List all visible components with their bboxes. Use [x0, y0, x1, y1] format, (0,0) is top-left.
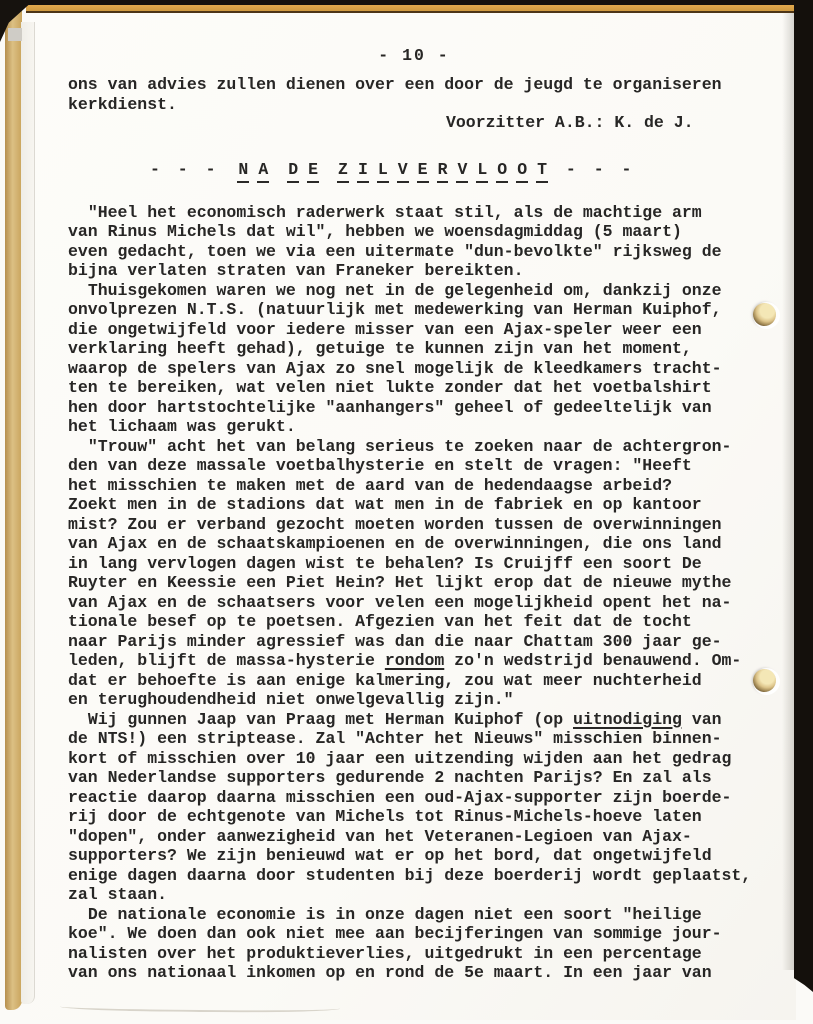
intro-paragraph: ons van advies zullen dienen over een do…: [68, 75, 760, 114]
text-line: Ruyter en Keessie een Piet Hein? Het lij…: [68, 573, 760, 593]
binding-right-edge: [794, 0, 813, 992]
text-line: in lang vervlogen dagen wist te behalen?…: [68, 554, 760, 574]
title-letters: NADEZILVERVLOOT: [233, 160, 552, 179]
text-line: koe". We doen dan ook niet mee aan becij…: [68, 924, 760, 944]
text-line: zal staan.: [68, 885, 760, 905]
text-line: ten te bereiken, wat velen niet lukte zo…: [68, 378, 760, 398]
text-line: hen door hartstochtelijke "aanhangers" g…: [68, 398, 760, 418]
text-line: Zoekt men in de stadions dat wat men in …: [68, 495, 760, 515]
page-number: - 10 -: [68, 46, 760, 66]
text-line: onvolprezen N.T.S. (natuurlijk met medew…: [68, 300, 760, 320]
text-line: Thuisgekomen waren we nog net in de gele…: [68, 281, 760, 301]
text-line: De nationale economie is in onze dagen n…: [68, 905, 760, 925]
title-prefix-dashes: - - -: [150, 160, 233, 179]
text-line: den van deze massale voetbalhysterie en …: [68, 456, 760, 476]
text-line: naar Parijs minder agressief was dan die…: [68, 632, 760, 652]
text-line: van Ajax en de schaatskampioenen en de o…: [68, 534, 760, 554]
chairman-signature: Voorzitter A.B.: K. de J.: [446, 113, 760, 133]
text-line: die ongetwijfeld voor iedere misser van …: [68, 320, 760, 340]
text-line: "Trouw" acht het van belang serieus te z…: [68, 437, 760, 457]
intro-line: ons van advies zullen dienen over een do…: [68, 75, 760, 95]
page-stack-edge: [21, 22, 35, 1004]
text-line: dat er behoefte is aan enige kalmering, …: [68, 671, 760, 691]
text-line: leden, blijft de massa-hysterie rondom z…: [68, 651, 760, 671]
paragraph: Wij gunnen Jaap van Praag met Herman Kui…: [68, 710, 760, 905]
paragraph: Thuisgekomen waren we nog net in de gele…: [68, 281, 760, 437]
text-line: enige dagen daarna door studenten bij de…: [68, 866, 760, 886]
text-line: even gedacht, toen we via een uitermate …: [68, 242, 760, 262]
text-line: van Rinus Michels dat wil", hebben we wo…: [68, 222, 760, 242]
text-line: nalisten over het produktieverlies, uitg…: [68, 944, 760, 964]
page-stack-notch: [8, 28, 22, 41]
text-line: kort of misschien over 10 jaar een uitze…: [68, 749, 760, 769]
title-suffix-dashes: - - -: [552, 160, 635, 179]
text-line: "Heel het economisch raderwerk staat sti…: [68, 203, 760, 223]
text-line: waarop de spelers van Ajax zo snel mogel…: [68, 359, 760, 379]
paragraph: "Trouw" acht het van belang serieus te z…: [68, 437, 760, 710]
text-line: bijna verlaten straten van Franeker bere…: [68, 261, 760, 281]
cover-left-edge: [5, 8, 22, 1010]
text-line: verklaring heeft gehad), getuige te kunn…: [68, 339, 760, 359]
binding-brad-icon: [753, 303, 776, 326]
text-line: van ons nationaal inkomen op en rond de …: [68, 963, 760, 983]
text-line: tionale besef op te poetsen. Afgezien va…: [68, 612, 760, 632]
page-edge-shadow: [782, 10, 794, 970]
article-title: - - - NADEZILVERVLOOT - - -: [150, 160, 760, 186]
body-text: "Heel het economisch raderwerk staat sti…: [68, 203, 760, 983]
paragraph: "Heel het economisch raderwerk staat sti…: [68, 203, 760, 281]
text-line: het misschien te maken met de aard van d…: [68, 476, 760, 496]
text-line: supporters? We zijn benieuwd wat er op h…: [68, 846, 760, 866]
text-line: "dopen", onder aanwezigheid van het Vete…: [68, 827, 760, 847]
text-line: reactie daarop daarna misschien een oud-…: [68, 788, 760, 808]
text-line: van Ajax en de schaatsers voor velen een…: [68, 593, 760, 613]
paragraph: De nationale economie is in onze dagen n…: [68, 905, 760, 983]
text-line: Wij gunnen Jaap van Praag met Herman Kui…: [68, 710, 760, 730]
intro-line: kerkdienst.: [68, 95, 760, 115]
text-line: van Nederlandse supporters gedurende 2 n…: [68, 768, 760, 788]
text-line: mist? Zou er verband gezocht moeten word…: [68, 515, 760, 535]
paper-sheet: - 10 - ons van advies zullen dienen over…: [30, 11, 796, 1020]
cover-top-edge: [26, 5, 799, 13]
text-line: de NTS!) een striptease. Zal "Achter het…: [68, 729, 760, 749]
text-line: rij door de echtgenote van Michels tot R…: [68, 807, 760, 827]
binding-brad-icon: [753, 669, 776, 692]
text-line: en terughoudendheid niet onwelgevallig z…: [68, 690, 760, 710]
text-line: het lichaam was gerukt.: [68, 417, 760, 437]
scanned-book-page: - 10 - ons van advies zullen dienen over…: [0, 0, 813, 1024]
page-content: - 10 - ons van advies zullen dienen over…: [30, 11, 796, 983]
